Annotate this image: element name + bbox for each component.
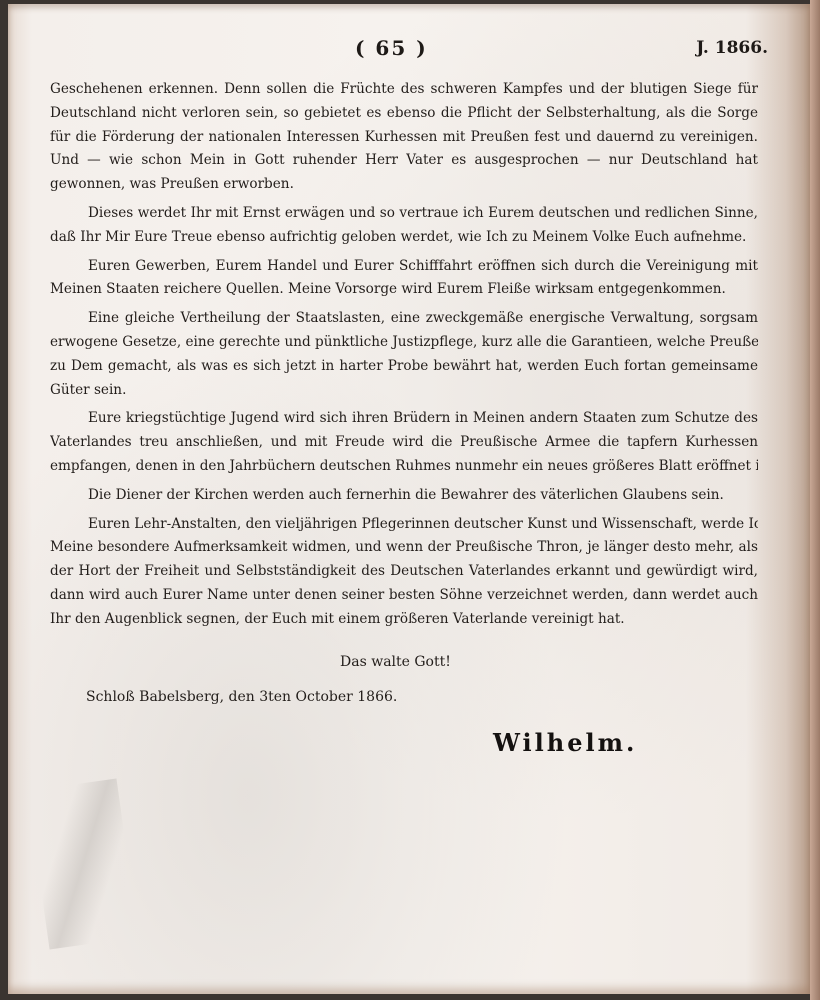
text-line: der Hort der Freiheit und Selbstständigk… [50, 560, 758, 584]
text-line: Und — wie schon Mein in Gott ruhender He… [50, 149, 758, 173]
page-number: ( 65 ) [355, 36, 428, 60]
text-line: Eine gleiche Vertheilung der Staatslaste… [50, 307, 758, 331]
text-line: erwogene Gesetze, eine gerechte und pünk… [50, 331, 758, 355]
paragraph: Euren Gewerben, Eurem Handel und Eurer S… [50, 255, 758, 303]
text-line: Die Diener der Kirchen werden auch ferne… [50, 484, 758, 508]
text-line: gewonnen, was Preußen erworben. [50, 173, 758, 197]
page-header: ( 65 ) J. 1866. [0, 36, 820, 64]
place-and-date: Schloß Babelsberg, den 3ten October 1866… [86, 689, 397, 705]
text-line: empfangen, denen in den Jahrbüchern deut… [50, 455, 758, 479]
text-line: für die Förderung der nationalen Interes… [50, 126, 758, 150]
text-line: dann wird auch Eurer Name unter denen se… [50, 584, 758, 608]
signature: Wilhelm. [493, 728, 637, 757]
paragraph: Dieses werdet Ihr mit Ernst erwägen und … [50, 202, 758, 250]
paragraph: Die Diener der Kirchen werden auch ferne… [50, 484, 758, 508]
text-line: Ihr den Augenblick segnen, der Euch mit … [50, 608, 758, 632]
text-line: Meine besondere Aufmerksamkeit widmen, u… [50, 536, 758, 560]
paper-fold-shadow [27, 779, 138, 950]
text-line: Deutschland nicht verloren sein, so gebi… [50, 102, 758, 126]
text-line: Vaterlandes treu anschließen, und mit Fr… [50, 431, 758, 455]
paragraph: Geschehenen erkennen. Denn sollen die Fr… [50, 78, 758, 197]
text-line: Geschehenen erkennen. Denn sollen die Fr… [50, 78, 758, 102]
text-line: daß Ihr Mir Eure Treue ebenso aufrichtig… [50, 226, 758, 250]
text-line: Euren Lehr-Anstalten, den vieljährigen P… [50, 513, 758, 537]
paragraph: Eure kriegstüchtige Jugend wird sich ihr… [50, 407, 758, 478]
paragraph: Eine gleiche Vertheilung der Staatslaste… [50, 307, 758, 402]
text-line: Meinen Staaten reichere Quellen. Meine V… [50, 278, 758, 302]
text-line: zu Dem gemacht, als was es sich jetzt in… [50, 355, 758, 379]
text-line: Dieses werdet Ihr mit Ernst erwägen und … [50, 202, 758, 226]
text-line: Eure kriegstüchtige Jugend wird sich ihr… [50, 407, 758, 431]
proclamation-body: Geschehenen erkennen. Denn sollen die Fr… [50, 78, 758, 637]
book-edge [810, 0, 820, 1000]
paragraph: Euren Lehr-Anstalten, den vieljährigen P… [50, 513, 758, 632]
year-marker: J. 1866. [696, 38, 768, 58]
text-line: Euren Gewerben, Eurem Handel und Eurer S… [50, 255, 758, 279]
closing-phrase: Das walte Gott! [340, 654, 451, 670]
text-line: Güter sein. [50, 379, 758, 403]
